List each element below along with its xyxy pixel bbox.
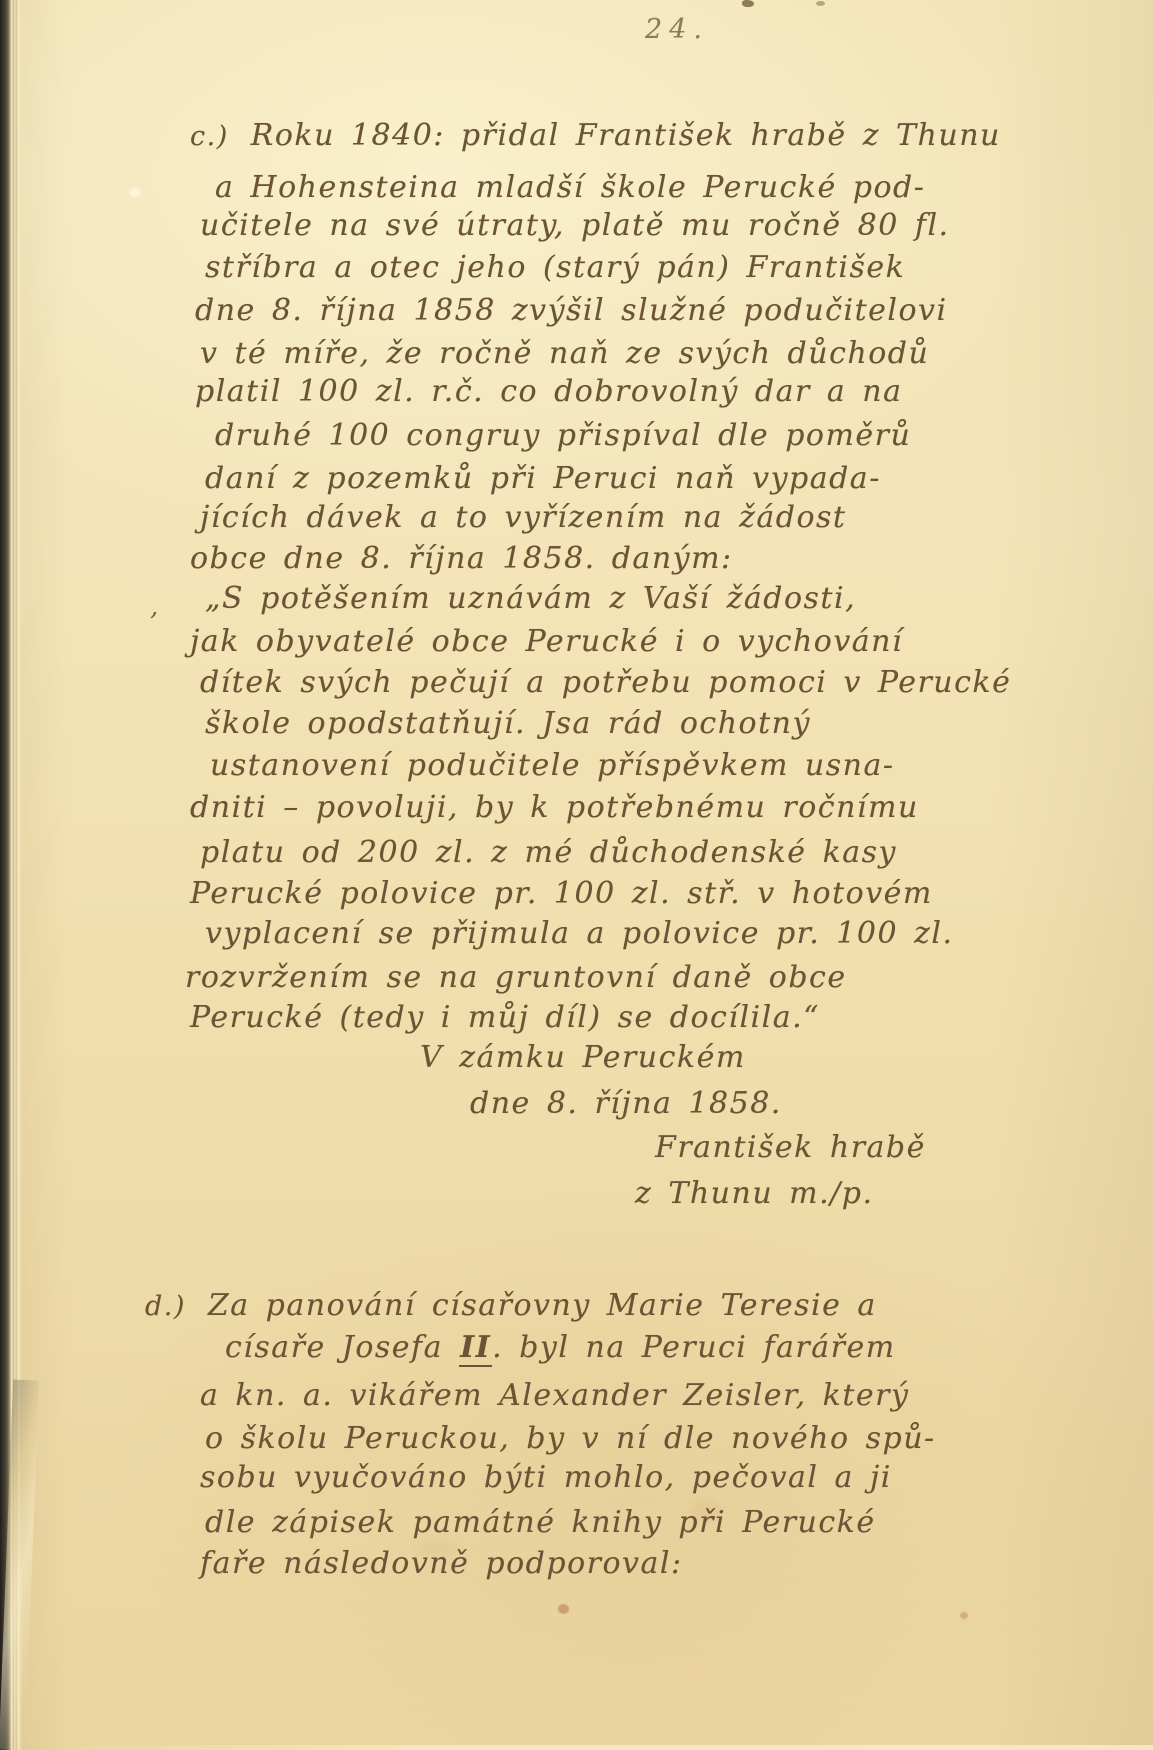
handwritten-line: „S potěšením uznávám z Vaší žádosti, (205, 581, 856, 616)
margin-mark: , (150, 592, 158, 622)
handwritten-line: druhé 100 congruy přispíval dle poměrů (215, 418, 911, 453)
ink-speck (816, 1, 825, 6)
handwritten-line: obce dne 8. října 1858. daným: (190, 541, 733, 576)
closing-place-line: V zámku Peruckém (420, 1040, 746, 1075)
handwritten-line: jících dávek a to vyřízením na žádost (200, 500, 846, 535)
handwritten-line: stříbra a otec jeho (starý pán) Františe… (205, 250, 905, 285)
handwritten-line: Perucké polovice pr. 100 zl. stř. v hoto… (190, 876, 933, 911)
handwritten-line: jak obyvatelé obce Perucké i o vychování (190, 624, 903, 659)
page-number: 24. (645, 14, 709, 45)
line-text: Roku 1840: přidal František hrabě z Thun… (251, 118, 1001, 153)
handwritten-line: d.)Za panování císařovny Marie Teresie a (145, 1288, 877, 1323)
paper-flaw (130, 188, 140, 197)
handwritten-line: faře následovně podporoval: (200, 1546, 683, 1581)
manuscript-page: 24. c.)Roku 1840: přidal František hrabě… (0, 0, 1153, 1750)
handwritten-line: platu od 200 zl. z mé důchodenské kasy (200, 835, 897, 870)
handwritten-line: dítek svých pečují a potřebu pomoci v Pe… (200, 665, 1011, 700)
section-d-marker: d.) (145, 1291, 186, 1322)
line-text: . byl na Peruci farářem (492, 1330, 896, 1365)
handwritten-line: a Hohensteina mladší škole Perucké pod- (215, 170, 925, 205)
signature-line: František hrabě (655, 1130, 926, 1165)
handwritten-line: ustanovení podučitele příspěvkem usna- (210, 748, 895, 783)
handwritten-line: císaře Josefa II. byl na Peruci farářem (225, 1330, 896, 1365)
handwritten-line: o školu Peruckou, by v ní dle nového spů… (205, 1421, 936, 1456)
paper-stain (960, 1612, 968, 1619)
handwritten-line: rozvržením se na gruntovní daně obce (185, 960, 847, 995)
line-text: císaře Josefa (225, 1330, 459, 1365)
handwritten-line: Perucké (tedy i můj díl) se docílila.“ (190, 1000, 820, 1035)
handwritten-line: v té míře, že ročně naň ze svých důchodů (200, 336, 929, 371)
handwritten-line: dle zápisek památné knihy při Perucké (205, 1505, 876, 1540)
paper-stain (558, 1604, 569, 1614)
handwritten-line: vyplacení se přijmula a polovice pr. 100… (205, 916, 954, 951)
signature-line: z Thunu m./p. (635, 1176, 874, 1211)
page-bottom-edge (40, 1745, 1153, 1750)
closing-date-line: dne 8. října 1858. (470, 1086, 782, 1121)
handwritten-line: dne 8. října 1858 zvýšil služné podučite… (195, 293, 948, 328)
handwritten-line: daní z pozemků při Peruci naň vypada- (205, 461, 881, 496)
line-text: Za panování císařovny Marie Teresie a (208, 1288, 877, 1323)
handwritten-line: učitele na své útraty, platě mu ročně 80… (200, 208, 950, 243)
handwritten-line: sobu vyučováno býti mohlo, pečoval a ji (200, 1460, 892, 1495)
handwritten-line: a kn. a. vikářem Alexander Zeisler, kter… (200, 1378, 909, 1413)
handwritten-line: c.)Roku 1840: přidal František hrabě z T… (190, 118, 1001, 153)
section-c-marker: c.) (190, 121, 229, 152)
handwritten-line: škole opodstatňují. Jsa rád ochotný (205, 706, 811, 741)
handwritten-line: dniti – povoluji, by k potřebnému ročním… (190, 790, 919, 825)
roman-numeral-underlined: II (459, 1330, 492, 1367)
ink-speck (742, 0, 754, 7)
handwritten-line: platil 100 zl. r.č. co dobrovolný dar a … (195, 374, 902, 409)
